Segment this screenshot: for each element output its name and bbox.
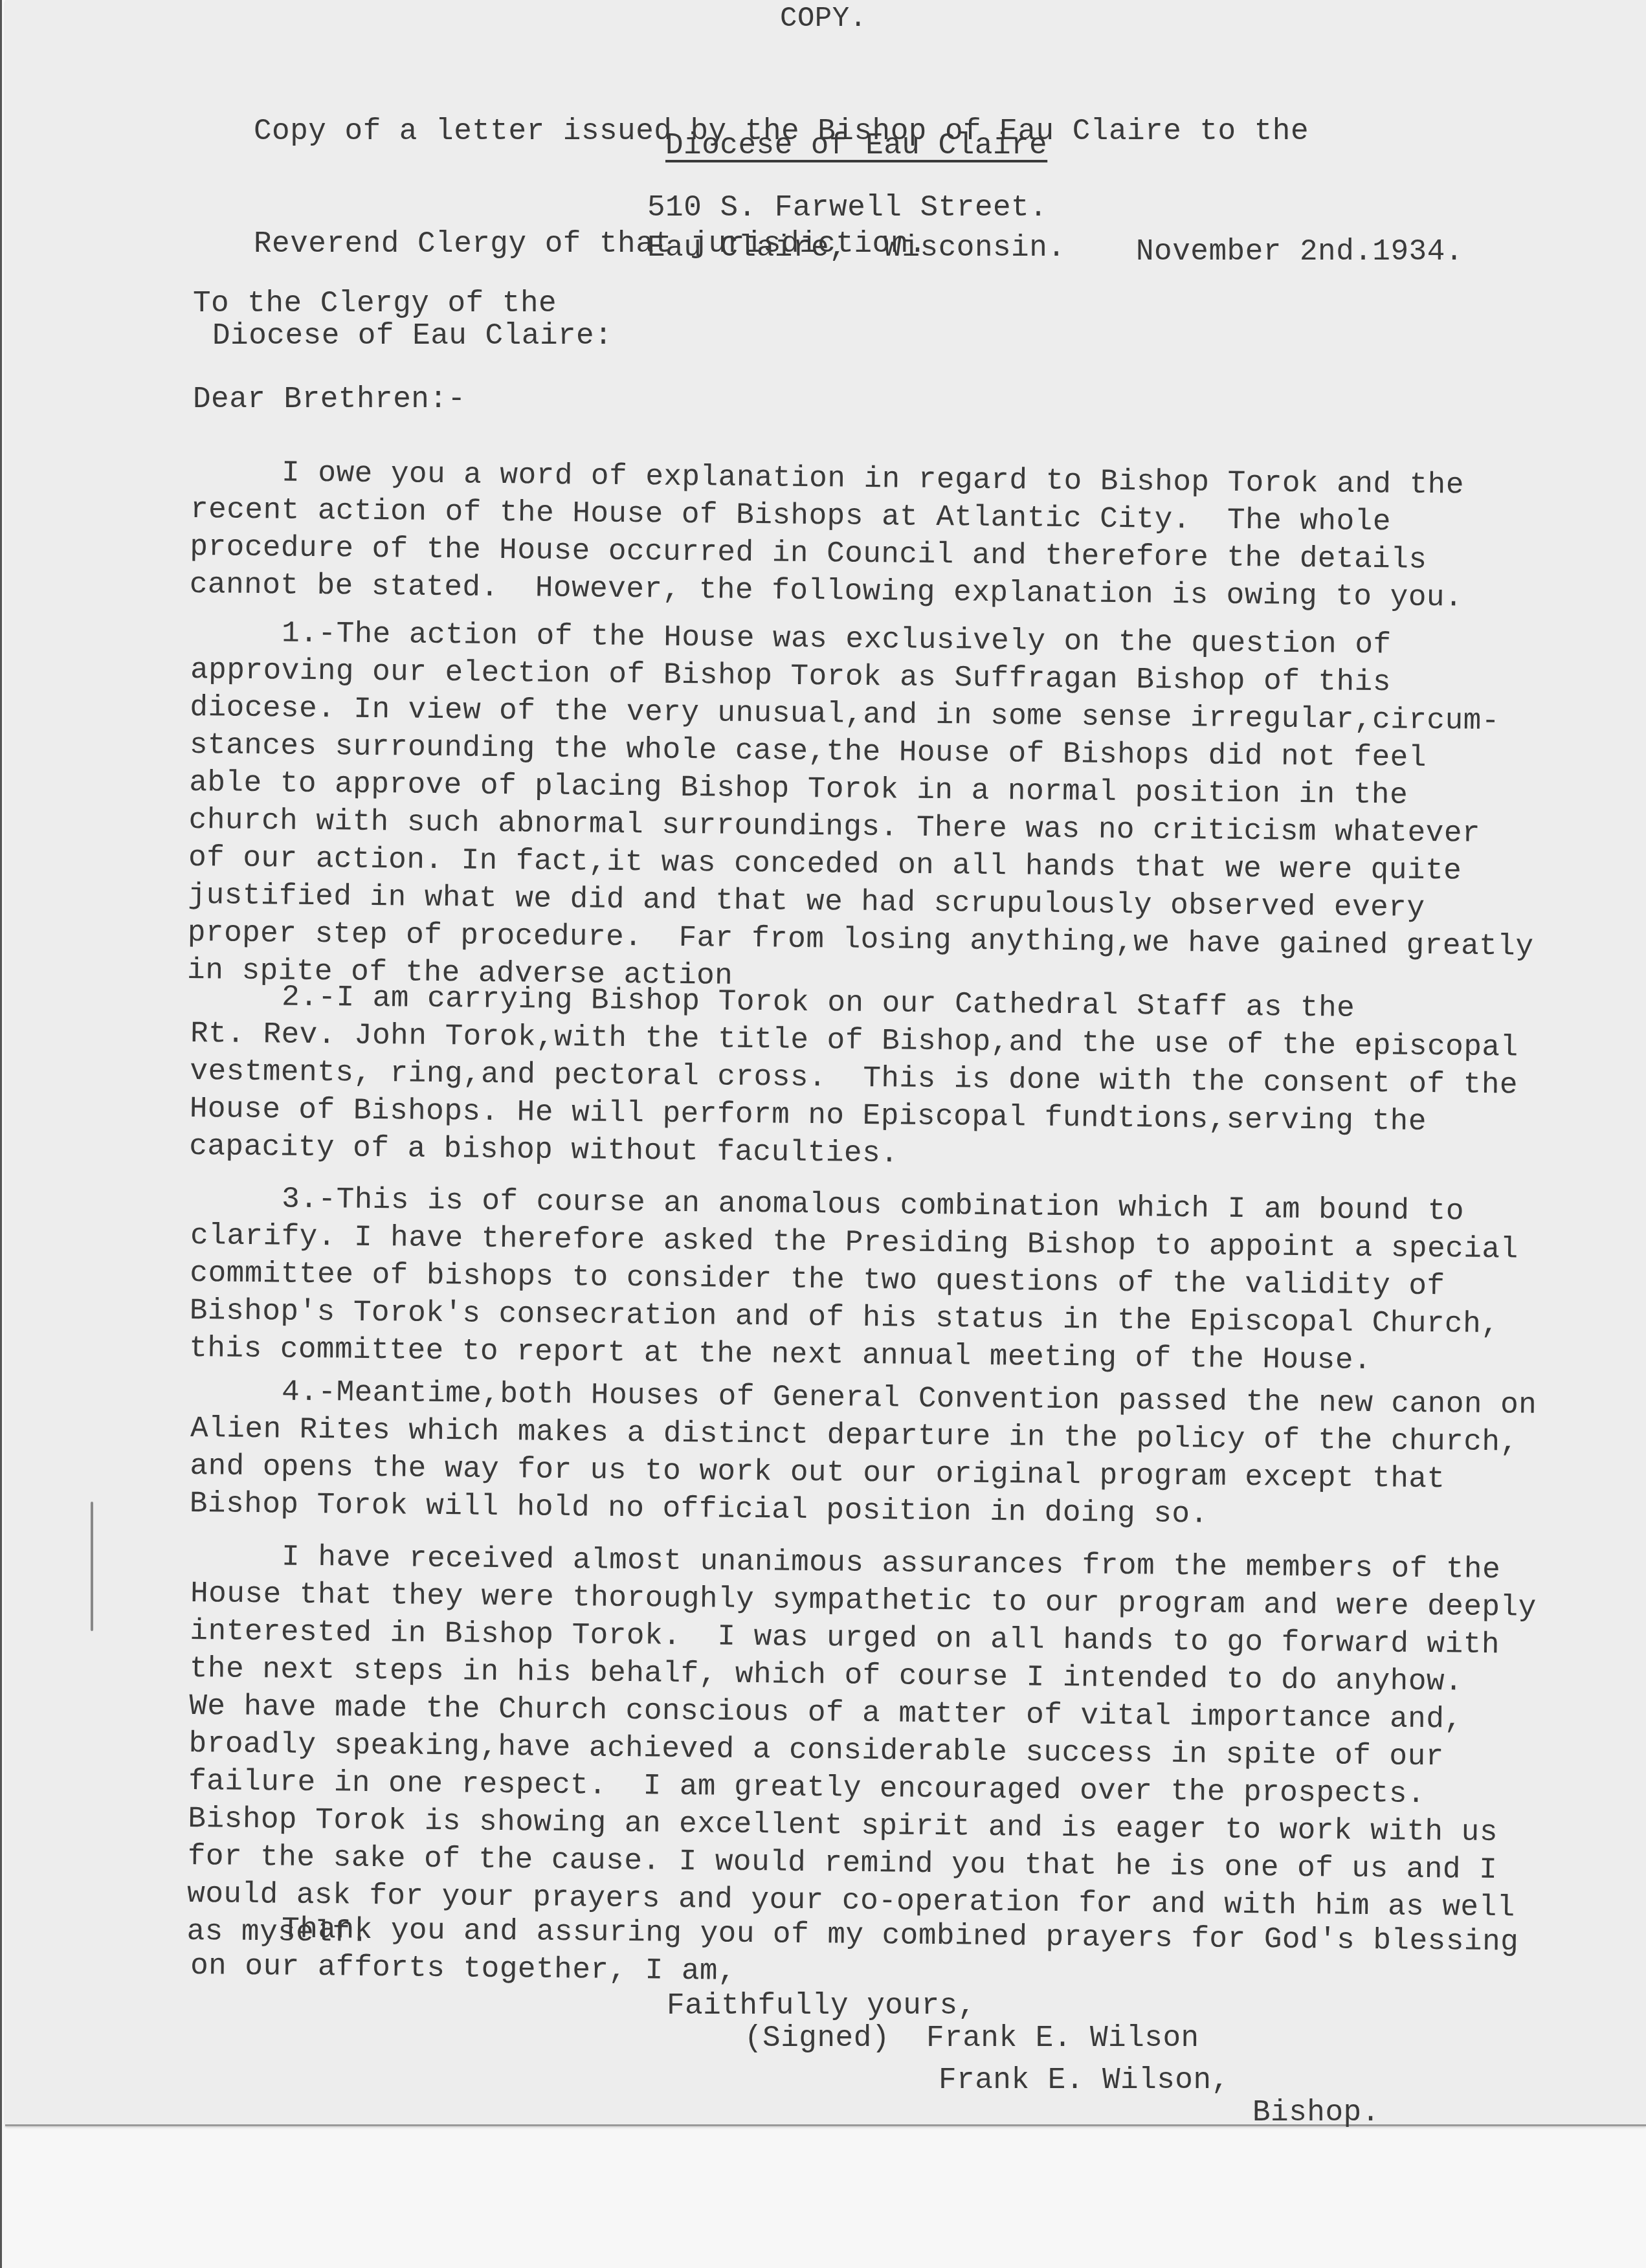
address-line-2: Eau Claire, Wisconsin. <box>647 229 1065 267</box>
scan-left-edge <box>0 0 2 2268</box>
signed-line: (Signed) Frank E. Wilson <box>744 2019 1199 2057</box>
address-line-1: 510 S. Farwell Street. <box>647 189 1047 227</box>
diocese-title: Diocese of Eau Claire <box>665 127 1047 164</box>
signatory-name: Frank E. Wilson, <box>939 2062 1230 2099</box>
signatory-title: Bishop. <box>1252 2094 1380 2131</box>
paragraph-point-4: 4.-Meantime,both Houses of General Conve… <box>190 1372 1628 1537</box>
paragraph-point-2: 2.-I am carrying Bishop Torok on our Cat… <box>189 977 1628 1180</box>
handwritten-margin-mark <box>91 1502 93 1631</box>
greeting: Dear Brethren:- <box>193 381 466 418</box>
paragraph-point-3: 3.-This is of course an anomalous combin… <box>189 1179 1628 1382</box>
paragraph-intro: I owe you a word of explanation in regar… <box>190 453 1628 618</box>
paragraph-assurances: I have received almost unanimous assuran… <box>186 1537 1628 1965</box>
addressee-line-2: Diocese of Eau Claire: <box>212 317 612 355</box>
paragraph-point-1: 1.-The action of the House was exclusive… <box>187 614 1628 1004</box>
letter-date: November 2nd.1934. <box>1136 233 1463 271</box>
copy-label: COPY. <box>780 0 867 38</box>
paragraph-thanks: Thank you and assuring you of my combine… <box>190 1909 1628 1999</box>
